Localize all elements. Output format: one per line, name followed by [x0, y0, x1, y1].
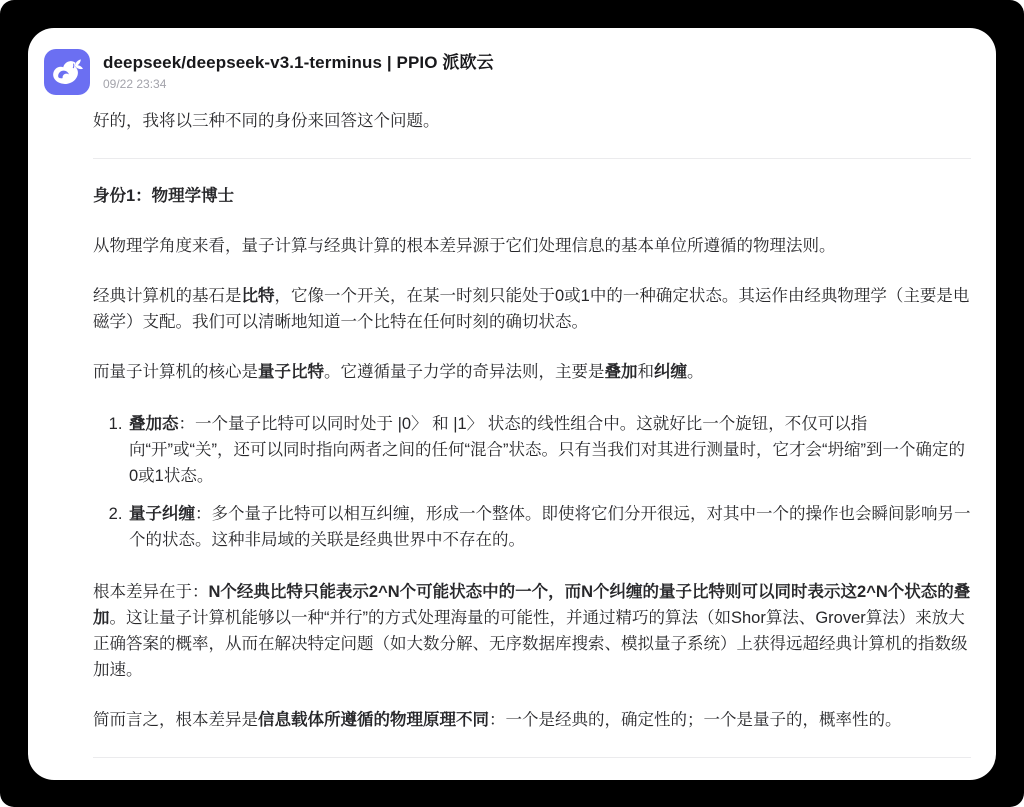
bold-text: 量子纠缠 — [129, 505, 195, 523]
paragraph: 好的，我将以三种不同的身份来回答这个问题。 — [93, 108, 971, 134]
paragraph: 简而言之，根本差异是信息载体所遵循的物理原理不同：一个是经典的，确定性的；一个是… — [93, 707, 971, 733]
bold-text: 叠加 — [605, 363, 638, 381]
text-run: 简而言之，根本差异是 — [93, 711, 258, 729]
deepseek-whale-icon — [49, 54, 85, 90]
paragraph: 而量子计算机的核心是量子比特。它遵循量子力学的奇异法则，主要是叠加和纠缠。 — [93, 359, 971, 385]
list-item: 量子纠缠：多个量子比特可以相互纠缠，形成一个整体。即使将它们分开很远，对其中一个… — [127, 501, 971, 553]
text-run: 好的，我将以三种不同的身份来回答这个问题。 — [93, 112, 440, 130]
bold-text: 纠缠 — [654, 363, 687, 381]
text-run: 经典计算机的基石是 — [93, 287, 242, 305]
ordered-list: 叠加态：一个量子比特可以同时处于 |0〉 和 |1〉 状态的线性组合中。这就好比… — [93, 411, 971, 553]
message-timestamp: 09/22 23:34 — [103, 77, 494, 91]
paragraph: 从物理学角度来看，量子计算与经典计算的根本差异源于它们处理信息的基本单位所遵循的… — [93, 233, 971, 259]
header-meta: deepseek/deepseek-v3.1-terminus | PPIO 派… — [103, 49, 494, 91]
bold-text: 身份1：物理学博士 — [93, 187, 234, 205]
app-background: deepseek/deepseek-v3.1-terminus | PPIO 派… — [0, 0, 1024, 807]
bold-text: 叠加态 — [129, 415, 179, 433]
text-run: 而量子计算机的核心是 — [93, 363, 258, 381]
text-run: ：一个是经典的，确定性的；一个是量子的，概率性的。 — [489, 711, 902, 729]
text-run: ：多个量子比特可以相互纠缠，形成一个整体。即使将它们分开很远，对其中一个的操作也… — [129, 505, 971, 549]
bold-text: 量子比特 — [258, 363, 324, 381]
bold-text: 信息载体所遵循的物理原理不同 — [258, 711, 489, 729]
text-run: 。这让量子计算机能够以一种“并行”的方式处理海量的可能性，并通过精巧的算法（如S… — [93, 609, 968, 679]
text-run: 。它遵循量子力学的奇异法则，主要是 — [324, 363, 605, 381]
paragraph: 经典计算机的基石是比特，它像一个开关，在某一时刻只能处于0或1中的一种确定状态。… — [93, 283, 971, 335]
paragraph: 根本差异在于：N个经典比特只能表示2^N个可能状态中的一个，而N个纠缠的量子比特… — [93, 579, 971, 683]
text-run: 和 — [638, 363, 655, 381]
text-run: 从物理学角度来看，量子计算与经典计算的根本差异源于它们处理信息的基本单位所遵循的… — [93, 237, 836, 255]
list-item: 叠加态：一个量子比特可以同时处于 |0〉 和 |1〉 状态的线性组合中。这就好比… — [127, 411, 971, 489]
divider — [93, 158, 971, 159]
text-run: ：一个量子比特可以同时处于 |0〉 和 |1〉 状态的线性组合中。这就好比一个旋… — [129, 415, 965, 485]
model-name: deepseek/deepseek-v3.1-terminus | PPIO 派… — [103, 52, 494, 73]
text-run: 。 — [687, 363, 704, 381]
chat-message-card: deepseek/deepseek-v3.1-terminus | PPIO 派… — [28, 28, 996, 780]
model-avatar[interactable] — [44, 49, 90, 95]
message-header: deepseek/deepseek-v3.1-terminus | PPIO 派… — [28, 28, 996, 95]
message-content: 好的，我将以三种不同的身份来回答这个问题。身份1：物理学博士从物理学角度来看，量… — [93, 95, 971, 758]
text-run: 根本差异在于： — [93, 583, 209, 601]
section-heading: 身份1：物理学博士 — [93, 183, 971, 209]
divider — [93, 757, 971, 758]
bold-text: 比特 — [242, 287, 275, 305]
